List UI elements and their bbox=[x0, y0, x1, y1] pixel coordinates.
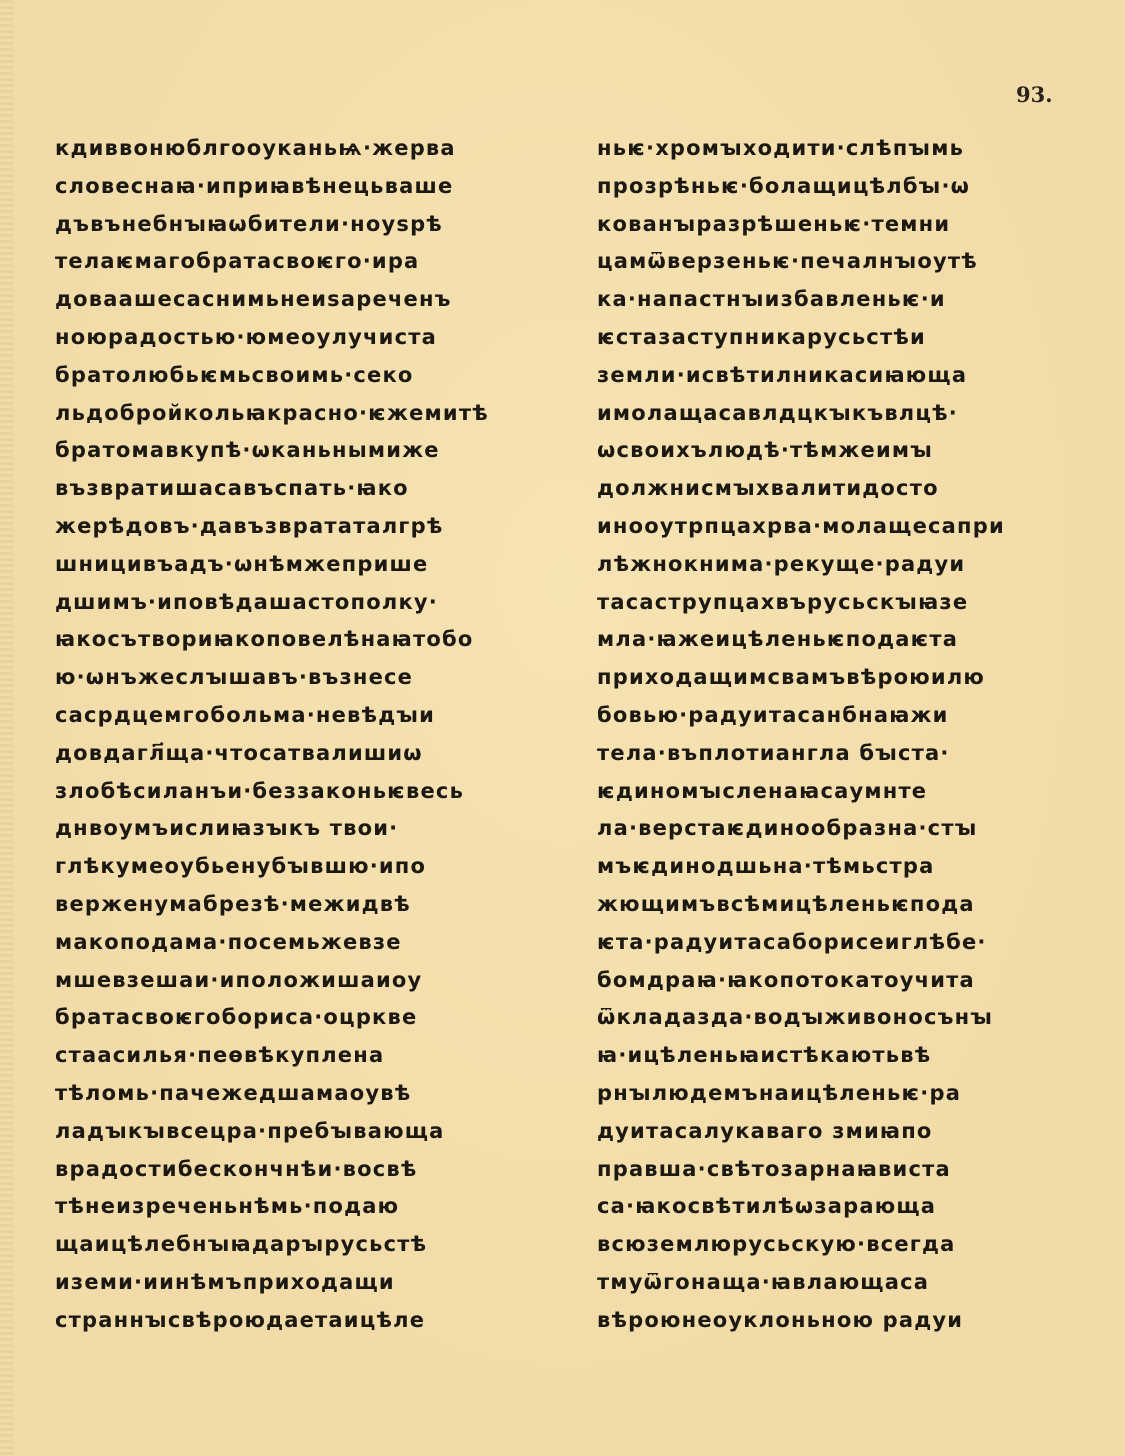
right-text-column: ньѥ·хромꙑходити·слѣпꙑмьпрозрѣньѥ·болащиц… bbox=[597, 130, 1092, 1340]
manuscript-line: ꙗ·ицѣленьꙗистѣкаютьвѣ bbox=[597, 1037, 1092, 1075]
manuscript-line: сасрдцемгобольма·невѣдꙑи bbox=[55, 697, 555, 735]
manuscript-line: мла·ꙗжеицѣленьѥподаѥта bbox=[597, 621, 1092, 659]
manuscript-line: правша·свѣтозарнаꙗвиста bbox=[597, 1151, 1092, 1189]
manuscript-page: 93. кдиввонюблгооуканьѩ·жервасловеснаꙗ·и… bbox=[0, 0, 1125, 1456]
manuscript-line: врадостибескончнѣи·восвѣ bbox=[55, 1151, 555, 1189]
manuscript-line: ѿкладазда·водꙑживоносънꙑ bbox=[597, 999, 1092, 1037]
manuscript-line: възвратишасавъспать·ꙗко bbox=[55, 470, 555, 508]
manuscript-line: ноюрадостью·юмеоулучиста bbox=[55, 319, 555, 357]
manuscript-line: льдобройкольꙗкрасно·ѥжемитѣ bbox=[55, 395, 555, 433]
manuscript-line: ю·ѡнъжеслꙑшавъ·възнесе bbox=[55, 659, 555, 697]
manuscript-line: кованꙑразрѣшеньѥ·темни bbox=[597, 206, 1092, 244]
manuscript-line: всюземлюрусьскую·всегда bbox=[597, 1226, 1092, 1264]
manuscript-line: страннꙑсвѣроюдаетаицѣле bbox=[55, 1302, 555, 1340]
manuscript-line: ѥстазаступникарусьстѣи bbox=[597, 319, 1092, 357]
manuscript-line: дуитасалукаваго змиꙗпо bbox=[597, 1113, 1092, 1151]
manuscript-line: должнисмꙑхвалитидосто bbox=[597, 470, 1092, 508]
manuscript-line: братасвоѥгобориса·оцркве bbox=[55, 999, 555, 1037]
manuscript-line: дшимъ·иповѣдашастополку· bbox=[55, 584, 555, 622]
page-edge bbox=[0, 0, 14, 1456]
manuscript-line: ѥдиномꙑсленаꙗсаумнте bbox=[597, 773, 1092, 811]
manuscript-line: земли·исвѣтилникасиꙗюща bbox=[597, 357, 1092, 395]
manuscript-line: макоподама·посемьжевзе bbox=[55, 924, 555, 962]
manuscript-line: словеснаꙗ·иприꙗвѣнецьваше bbox=[55, 168, 555, 206]
manuscript-line: тасаструпцахвърусьскꙑꙗзе bbox=[597, 584, 1092, 622]
manuscript-line: мшевзешаи·иположишаиоу bbox=[55, 962, 555, 1000]
manuscript-line: ꙗкосътвориꙗкоповелѣнаꙗтобо bbox=[55, 621, 555, 659]
manuscript-line: прозрѣньѥ·болащицѣлбꙑ·ѡ bbox=[597, 168, 1092, 206]
manuscript-line: рнꙑлюдемънаицѣленьѥ·ра bbox=[597, 1075, 1092, 1113]
manuscript-line: братомавкупѣ·ѡканьнымиже bbox=[55, 432, 555, 470]
manuscript-line: ка·напастнꙑизбавленьѥ·и bbox=[597, 281, 1092, 319]
manuscript-line: братолюбьѥмьсвоимь·секо bbox=[55, 357, 555, 395]
manuscript-line: злобѣсиланъи·беззаконьѥвесь bbox=[55, 773, 555, 811]
manuscript-line: щаицѣлебнꙑꙗдарꙑрусьстѣ bbox=[55, 1226, 555, 1264]
manuscript-line: дъвънебнꙑꙗѡбители·ноуѕрѣ bbox=[55, 206, 555, 244]
manuscript-line: шницивъадъ·ѡнѣмжеприше bbox=[55, 546, 555, 584]
manuscript-line: довдагл҃ща·чтосатвалишиѡ bbox=[55, 735, 555, 773]
manuscript-line: доваашесаснимьнеиѕареченъ bbox=[55, 281, 555, 319]
manuscript-line: жющимъвсѣмицѣленьѥпода bbox=[597, 886, 1092, 924]
manuscript-line: иземи·иинѣмъприходащи bbox=[55, 1264, 555, 1302]
manuscript-line: лѣжнокнима·рекуще·радуи bbox=[597, 546, 1092, 584]
manuscript-line: бовью·радуитасанбнаꙗжи bbox=[597, 697, 1092, 735]
manuscript-line: ѡсвоихълюдѣ·тѣмжеимꙑ bbox=[597, 432, 1092, 470]
manuscript-line: вѣроюнеоуклоньною радуи bbox=[597, 1302, 1092, 1340]
manuscript-line: ла·верстаѥдинообразна·стꙑ bbox=[597, 810, 1092, 848]
manuscript-line: тѣломь·пачежедшамаоувѣ bbox=[55, 1075, 555, 1113]
manuscript-line: инооутрпцахрва·молащесапри bbox=[597, 508, 1092, 546]
manuscript-line: цамѿверзеньѥ·печалнꙑоутѣ bbox=[597, 243, 1092, 281]
manuscript-line: глѣкумеоубьенубꙑвшю·ипо bbox=[55, 848, 555, 886]
manuscript-line: тела·въплотиангла бꙑста· bbox=[597, 735, 1092, 773]
page-number: 93. bbox=[1016, 82, 1053, 107]
manuscript-line: са·ꙗкосвѣтилѣѡзарающа bbox=[597, 1188, 1092, 1226]
manuscript-line: тмуѿгонаща·ꙗвлающаса bbox=[597, 1264, 1092, 1302]
manuscript-line: кдиввонюблгооуканьѩ·жерва bbox=[55, 130, 555, 168]
manuscript-line: приходащимсвамъвѣроюилю bbox=[597, 659, 1092, 697]
manuscript-line: стаасилья·пеѳвѣкуплена bbox=[55, 1037, 555, 1075]
left-text-column: кдиввонюблгооуканьѩ·жервасловеснаꙗ·иприꙗ… bbox=[55, 130, 555, 1340]
manuscript-line: тѣнеизреченьнѣмь·подаю bbox=[55, 1188, 555, 1226]
manuscript-line: днвоумъислиꙗзꙑкъ твои· bbox=[55, 810, 555, 848]
manuscript-line: верженумабрезѣ·межидвѣ bbox=[55, 886, 555, 924]
manuscript-line: жерѣдовъ·давъзврататалгрѣ bbox=[55, 508, 555, 546]
manuscript-line: ладꙑкꙑвсецра·пребꙑвающа bbox=[55, 1113, 555, 1151]
manuscript-line: ѥта·радуитасаборисеиглѣбе· bbox=[597, 924, 1092, 962]
manuscript-line: телаѥмагобратасвоѥго·ира bbox=[55, 243, 555, 281]
manuscript-line: мъѥдинодшьна·тѣмьстра bbox=[597, 848, 1092, 886]
manuscript-line: бомдраꙗ·ꙗкопотокатоучита bbox=[597, 962, 1092, 1000]
manuscript-line: ньѥ·хромꙑходити·слѣпꙑмь bbox=[597, 130, 1092, 168]
manuscript-line: имолащасавлдцкꙑкъвлцѣ· bbox=[597, 395, 1092, 433]
